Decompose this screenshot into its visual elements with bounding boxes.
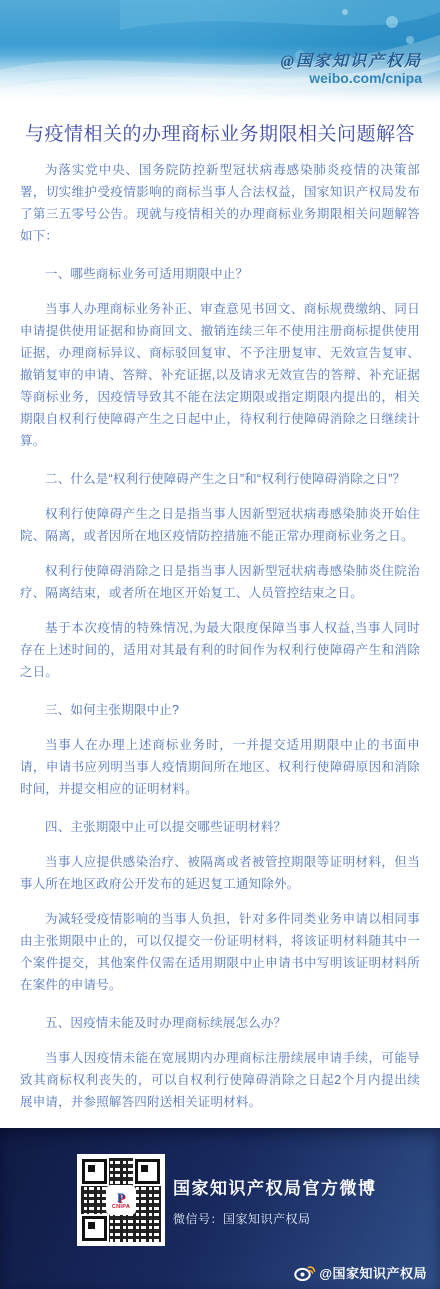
weibo-logo-icon	[294, 1264, 316, 1281]
qr-code-pattern: P CNIPA	[81, 1158, 161, 1242]
section-2-paragraph: 权利行使障碍产生之日是指当事人因新型冠状病毒感染肺炎开始住院、隔离，或者因所在地…	[20, 503, 420, 547]
footer-banner: P CNIPA 国家知识产权局官方微博 微信号：国家知识产权局 @国家知识产权局	[0, 1128, 440, 1289]
section-5-paragraph: 当事人因疫情未能在宽展期内办理商标注册续展申请手续，可能导致其商标权利丧失的，可…	[20, 1047, 420, 1113]
announcement-image: @国家知识产权局 weibo.com/cnipa 与疫情相关的办理商标业务期限相…	[0, 0, 440, 1289]
qr-finder-icon	[82, 1216, 107, 1241]
weibo-account-handle: @国家知识产权局	[281, 48, 422, 71]
section-1-heading: 一、哪些商标业务可适用期限中止？	[20, 263, 420, 285]
header-banner: @国家知识产权局 weibo.com/cnipa	[0, 0, 440, 105]
section-3-paragraph: 当事人在办理上述商标业务时，一并提交适用期限中止的书面申请，申请书应列明当事人疫…	[20, 734, 420, 800]
section-5-heading: 五、因疫情未能及时办理商标续展怎么办？	[20, 1012, 420, 1034]
qr-finder-icon	[82, 1159, 107, 1184]
cnipa-logo-label: CNIPA	[112, 1204, 130, 1210]
section-4-paragraph: 为减轻受疫情影响的当事人负担，针对多件同类业务申请以相同事由主张期限中止的，可以…	[20, 908, 420, 996]
section-2-paragraph: 基于本次疫情的特殊情况,为最大限度保障当事人权益,当事人同时存在上述时间的，适用…	[20, 617, 420, 683]
weibo-url: weibo.com/cnipa	[309, 70, 422, 86]
section-2-paragraph: 权利行使障碍消除之日是指当事人因新型冠状病毒感染肺炎住院治疗、隔离结束，或者所在…	[20, 560, 420, 604]
weibo-watermark: @国家知识产权局	[294, 1263, 427, 1282]
qr-finder-icon	[135, 1159, 160, 1184]
article-title: 与疫情相关的办理商标业务期限相关问题解答	[20, 119, 420, 146]
wechat-account-line: 微信号：国家知识产权局	[173, 1210, 311, 1227]
section-2-heading: 二、什么是“权利行使障碍产生之日”和“权利行使障碍消除之日”？	[20, 468, 420, 490]
section-3-heading: 三、如何主张期限中止?	[20, 699, 420, 721]
section-4-heading: 四、主张期限中止可以提交哪些证明材料？	[20, 816, 420, 838]
article-body: 与疫情相关的办理商标业务期限相关问题解答 为落实党中央、国务院防控新型冠状病毒感…	[0, 105, 440, 1128]
section-4-paragraph: 当事人应提供感染治疗、被隔离或者被管控期限等证明材料，但当事人所在地区政府公开发…	[20, 851, 420, 895]
official-weibo-title: 国家知识产权局官方微博	[173, 1174, 377, 1199]
intro-paragraph: 为落实党中央、国务院防控新型冠状病毒感染肺炎疫情的决策部署，切实维护受疫情影响的…	[20, 159, 420, 247]
section-1-paragraph: 当事人办理商标业务补正、审查意见书回文、商标规费缴纳、同日申请提供使用证据和协商…	[20, 298, 420, 452]
cnipa-logo-mark: P	[117, 1191, 125, 1204]
cnipa-logo: P CNIPA	[108, 1187, 134, 1213]
qr-code: P CNIPA	[77, 1154, 165, 1246]
weibo-watermark-handle: @国家知识产权局	[319, 1263, 427, 1282]
